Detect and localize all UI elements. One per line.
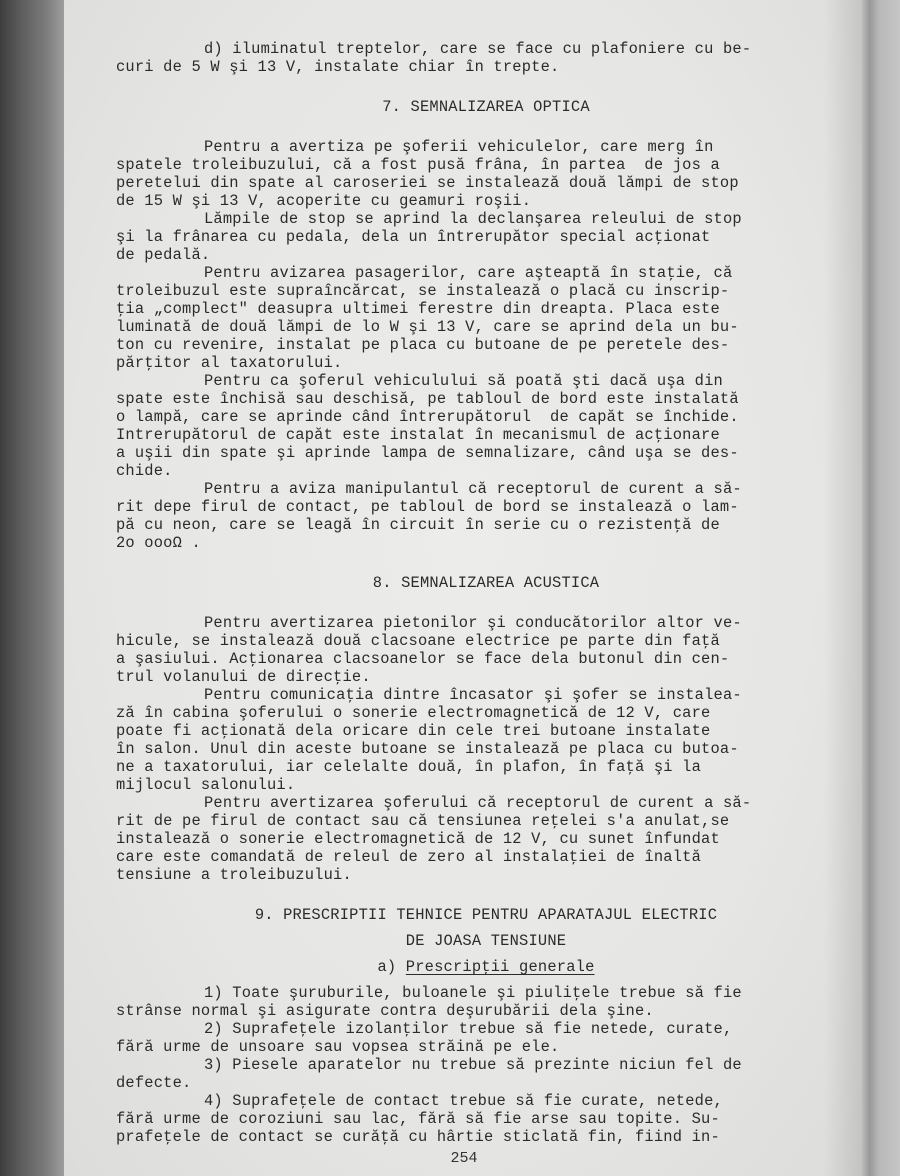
text-line: ţia „complect" deasupra ultimei ferestre… [116,300,856,318]
text-line: spatele troleibuzului, că a fost pusă fr… [116,156,856,174]
section-9-heading-line2: DE JOASA TENSIUNE [116,932,856,950]
text-line: mijlocul salonului. [116,776,856,794]
text-line: pă cu neon, care se leagă în circuit în … [116,516,856,534]
text-line: d) iluminatul treptelor, care se face cu… [116,40,856,58]
section-9-heading-line1: 9. PRESCRIPTII TEHNICE PENTRU APARATAJUL… [116,906,856,924]
text-line: peretelui din spate al caroseriei se ins… [116,174,856,192]
text-line: spate este închisă sau deschisă, pe tabl… [116,390,856,408]
subsection-a-title: Prescripţii generale [406,958,595,976]
text-line: 4) Suprafeţele de contact trebue să fie … [116,1092,856,1110]
page-number: 254 [64,1150,864,1167]
text-line: curi de 5 W şi 13 V, instalate chiar în … [116,58,856,76]
intro-paragraph: d) iluminatul treptelor, care se face cu… [116,40,856,76]
text-line: tensiune a troleibuzului. [116,866,856,884]
page-text: d) iluminatul treptelor, care se face cu… [116,40,856,1146]
text-line: trul volanului de direcţie. [116,668,856,686]
document-page: d) iluminatul treptelor, care se face cu… [64,0,864,1176]
text-line: chide. [116,462,856,480]
text-line: care este comandată de releul de zero al… [116,848,856,866]
text-line: Pentru comunicaţia dintre încasator şi ş… [116,686,856,704]
text-line: 2o oooΩ . [116,534,856,552]
section-8-heading: 8. SEMNALIZAREA ACUSTICA [116,574,856,592]
text-line: ne a taxatorului, iar celelalte două, în… [116,758,856,776]
section-7-body: Pentru a avertiza pe şoferii vehiculelor… [116,138,856,552]
text-line: troleibuzul este supraîncărcat, se insta… [116,282,856,300]
text-line: şi la frânarea cu pedala, dela un întrer… [116,228,856,246]
text-line: Lămpile de stop se aprind la declanşarea… [116,210,856,228]
text-line: Pentru ca şoferul vehiculului să poată ş… [116,372,856,390]
section-9-body: 1) Toate şuruburile, buloanele şi piuliţ… [116,984,856,1146]
text-line: de pedală. [116,246,856,264]
subsection-a-prefix: a) [377,958,405,976]
section-8-body: Pentru avertizarea pietonilor şi conducă… [116,614,856,884]
text-line: poate fi acţionată dela oricare din cele… [116,722,856,740]
text-line: fără urme de unsoare sau vopsea străină … [116,1038,856,1056]
text-line: rit de pe firul de contact sau că tensiu… [116,812,856,830]
text-line: 3) Piesele aparatelor nu trebue să prezi… [116,1056,856,1074]
text-line: Pentru avizarea pasagerilor, care aşteap… [116,264,856,282]
text-line: Pentru a avertiza pe şoferii vehiculelor… [116,138,856,156]
text-line: Pentru a aviza manipulantul că receptoru… [116,480,856,498]
text-line: rit depe firul de contact, pe tabloul de… [116,498,856,516]
text-line: ză în cabina şoferului o sonerie electro… [116,704,856,722]
text-line: Intrerupătorul de capăt este instalat în… [116,426,856,444]
text-line: în salon. Unul din aceste butoane se ins… [116,740,856,758]
text-line: prafeţele de contact se curăţă cu hârtie… [116,1128,856,1146]
page-edge-shadow [862,0,900,1176]
text-line: o lampă, care se aprinde când întrerupăt… [116,408,856,426]
text-line: părţitor al taxatorului. [116,354,856,372]
text-line: instalează o sonerie electromagnetică de… [116,830,856,848]
text-line: fără urme de coroziuni sau lac, fără să … [116,1110,856,1128]
text-line: a şasiului. Acţionarea clacsoanelor se f… [116,650,856,668]
text-line: ton cu revenire, instalat pe placa cu bu… [116,336,856,354]
text-line: strânse normal şi asigurate contra deşur… [116,1002,856,1020]
text-line: a uşii din spate şi aprinde lampa de sem… [116,444,856,462]
text-line: de 15 W şi 13 V, acoperite cu geamuri ro… [116,192,856,210]
text-line: defecte. [116,1074,856,1092]
text-line: Pentru avertizarea şoferului că receptor… [116,794,856,812]
text-line: Pentru avertizarea pietonilor şi conducă… [116,614,856,632]
text-line: 1) Toate şuruburile, buloanele şi piuliţ… [116,984,856,1002]
book-spine-shadow [0,0,64,1176]
section-7-heading: 7. SEMNALIZAREA OPTICA [116,98,856,116]
subsection-a-heading: a) Prescripţii generale [116,958,856,976]
text-line: hicule, se instalează două clacsoane ele… [116,632,856,650]
text-line: 2) Suprafeţele izolanţilor trebue să fie… [116,1020,856,1038]
text-line: luminată de două lămpi de lo W şi 13 V, … [116,318,856,336]
